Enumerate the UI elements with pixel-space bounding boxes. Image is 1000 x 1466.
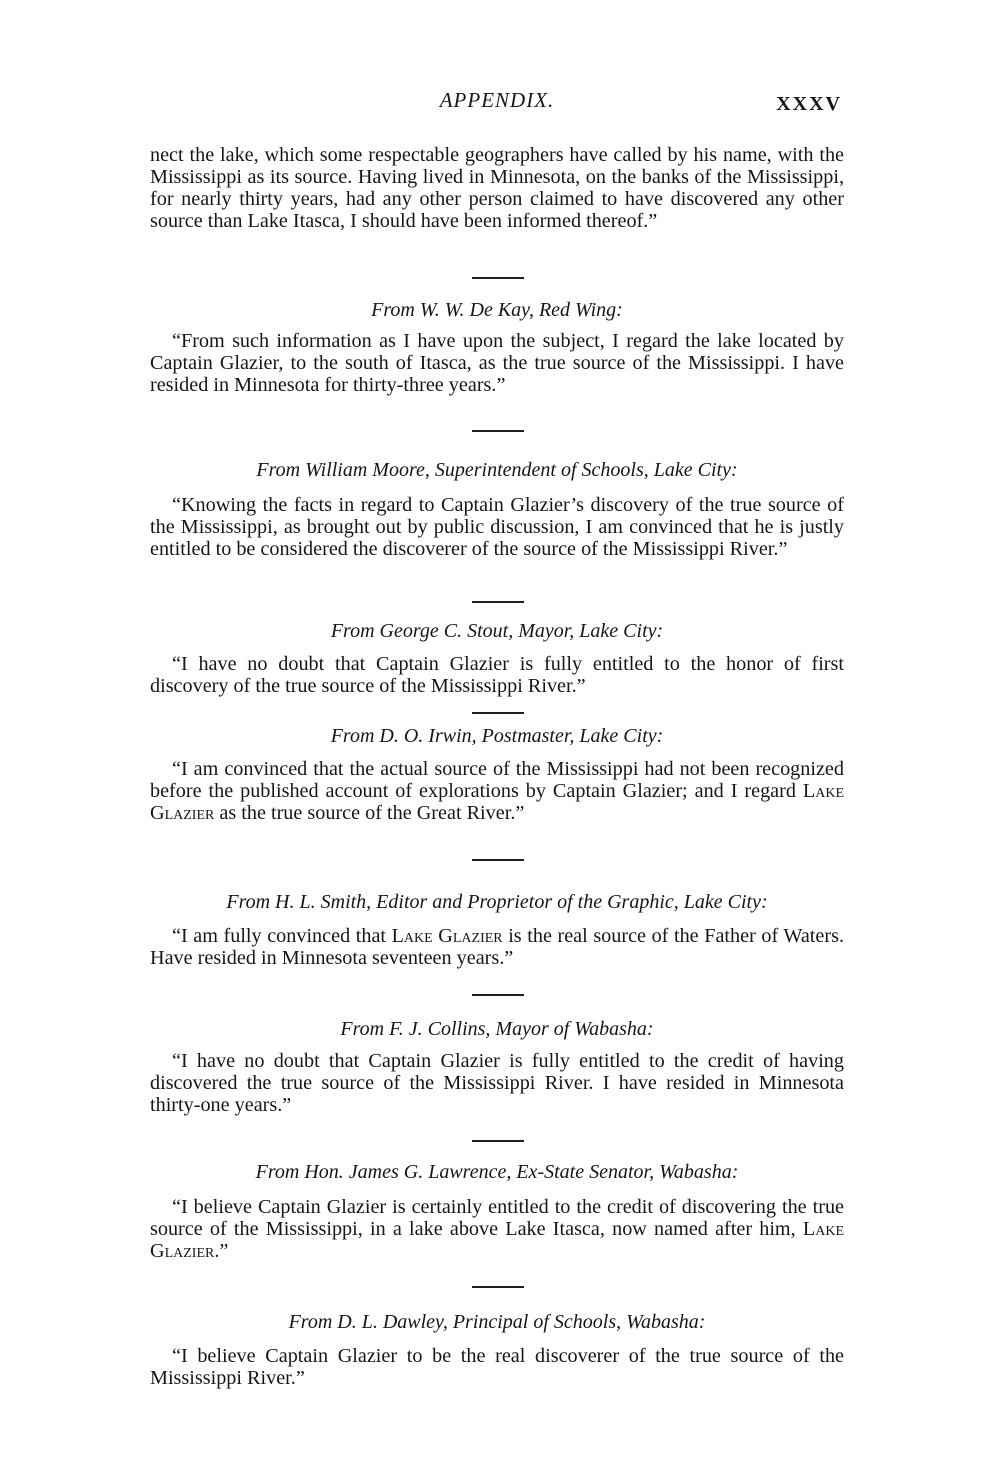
testimonial-moore: “Knowing the facts in regard to Captain … xyxy=(150,494,844,560)
testimonial-irwin: “I am convinced that the actual source o… xyxy=(150,758,844,824)
testimonial-dekay: “From such information as I have upon th… xyxy=(150,330,844,396)
section-divider xyxy=(472,430,524,432)
intro-paragraph-block: nect the lake, which some respectable ge… xyxy=(150,144,844,232)
testimonial-stout: “I have no doubt that Captain Glazier is… xyxy=(150,653,844,697)
quote-stout: “I have no doubt that Captain Glazier is… xyxy=(150,653,844,697)
attribution-irwin: From D. O. Irwin, Postmaster, Lake City: xyxy=(150,724,844,748)
quote-irwin: “I am convinced that the actual source o… xyxy=(150,758,844,824)
attribution-moore: From William Moore, Superintendent of Sc… xyxy=(150,458,844,482)
testimonial-collins: “I have no doubt that Captain Glazier is… xyxy=(150,1050,844,1116)
quote-smith-part-1: “I am fully convinced that xyxy=(172,925,392,947)
attribution-lawrence: From Hon. James G. Lawrence, Ex-State Se… xyxy=(150,1160,844,1184)
testimonial-smith: “I am fully convinced that Lake Glazier … xyxy=(150,925,844,969)
intro-paragraph: nect the lake, which some respectable ge… xyxy=(150,144,844,232)
section-divider xyxy=(472,1286,524,1288)
quote-lawrence-part-1: “I believe Captain Glazier is certainly … xyxy=(150,1196,844,1240)
quote-smith: “I am fully convinced that Lake Glazier … xyxy=(150,925,844,969)
quote-dekay: “From such information as I have upon th… xyxy=(150,330,844,396)
page-number: xxxv xyxy=(776,93,842,116)
section-divider xyxy=(472,859,524,861)
quote-dawley: “I believe Captain Glazier to be the rea… xyxy=(150,1345,844,1389)
lake-glazier-emphasis: Lake Glazier xyxy=(392,925,503,947)
running-title: APPENDIX. xyxy=(150,88,844,113)
section-divider xyxy=(472,601,524,603)
attribution-smith: From H. L. Smith, Editor and Proprietor … xyxy=(150,890,844,914)
section-divider xyxy=(472,994,524,996)
quote-irwin-part-1: “I am convinced that the actual source o… xyxy=(150,758,844,802)
quote-moore: “Knowing the facts in regard to Captain … xyxy=(150,494,844,560)
running-head: APPENDIX. xxxv xyxy=(150,88,844,118)
attribution-dekay: From W. W. De Kay, Red Wing: xyxy=(150,298,844,322)
quote-lawrence-part-2: .” xyxy=(214,1240,228,1262)
testimonial-dawley: “I believe Captain Glazier to be the rea… xyxy=(150,1345,844,1389)
book-page: APPENDIX. xxxv nect the lake, which some… xyxy=(0,0,1000,1466)
section-divider xyxy=(472,712,524,714)
attribution-dawley: From D. L. Dawley, Principal of Schools,… xyxy=(150,1310,844,1334)
section-divider xyxy=(472,1140,524,1142)
quote-irwin-part-2: as the true source of the Great River.” xyxy=(214,802,524,824)
testimonial-lawrence: “I believe Captain Glazier is certainly … xyxy=(150,1196,844,1262)
attribution-collins: From F. J. Collins, Mayor of Wabasha: xyxy=(150,1017,844,1041)
quote-collins: “I have no doubt that Captain Glazier is… xyxy=(150,1050,844,1116)
quote-lawrence: “I believe Captain Glazier is certainly … xyxy=(150,1196,844,1262)
section-divider xyxy=(472,277,524,279)
attribution-stout: From George C. Stout, Mayor, Lake City: xyxy=(150,619,844,643)
